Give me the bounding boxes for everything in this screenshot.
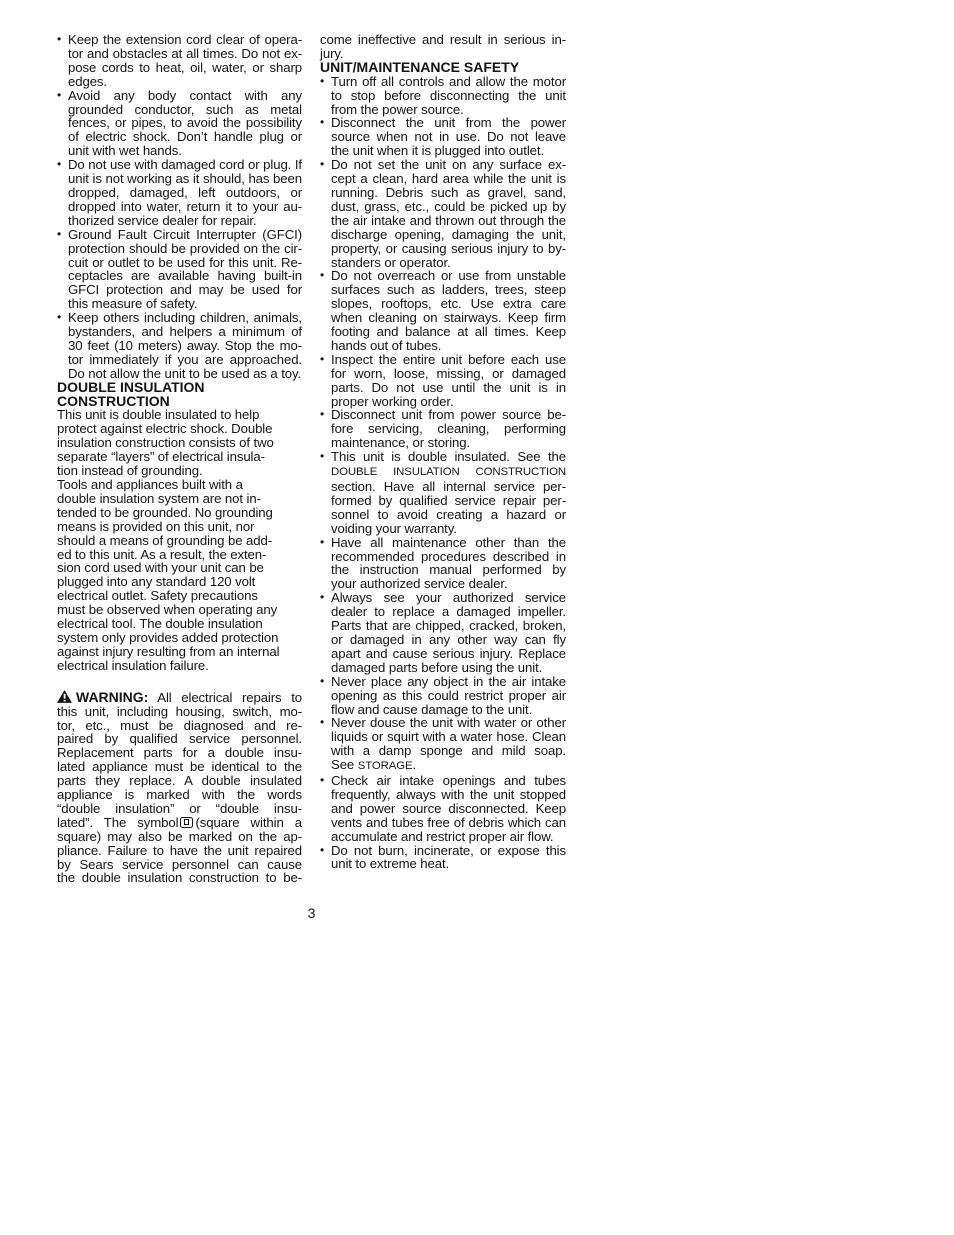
para-block: Tools and appliances built with adouble …: [57, 478, 302, 673]
text-line: Do not set the unit on any surface ex-: [331, 158, 566, 172]
text-line: the double insulation construction to be…: [57, 871, 302, 885]
text-line: by Sears service personnel can cause: [57, 858, 302, 872]
text-line: double insulation system are not in-: [57, 492, 302, 506]
text-line: surfaces such as ladders, trees, steep: [331, 283, 566, 297]
text-line: cuit or outlet to be used for this unit.…: [68, 256, 302, 270]
bullet-block: •Always see your authorized servicedeale…: [320, 591, 566, 674]
bullet-block: •Have all maintenance other than thereco…: [320, 536, 566, 592]
text-line: come ineffective and result in serious i…: [320, 33, 566, 47]
bullet-marker: •: [320, 158, 331, 269]
text-line: ed to this unit. As a result, the exten-: [57, 548, 302, 562]
text-line: recommended procedures described in: [331, 550, 566, 564]
text-line: pose cords to heat, oil, water, or sharp: [68, 61, 302, 75]
text-line: square) may also be marked on the ap-: [57, 830, 302, 844]
bullet-block: •Avoid any body contact with anygrounded…: [57, 89, 302, 159]
text-line: voiding your warranty.: [331, 522, 566, 536]
text-line: must be observed when operating any: [57, 603, 302, 617]
bullet-marker: •: [320, 536, 331, 592]
warning-block: WARNING: All electrical repairs tothis u…: [57, 690, 302, 886]
bullet-block: •Do not burn, incinerate, or expose this…: [320, 844, 566, 872]
page-number: 3: [57, 905, 566, 921]
text-line: This unit is double insulated. See the: [331, 450, 566, 464]
text-line: for worn, loose, missing, or damaged: [331, 367, 566, 381]
text-line: maintenance, or storing.: [331, 436, 566, 450]
bullet-block: •Never place any object in the air intak…: [320, 675, 566, 717]
bullet-block: •Disconnect unit from power source be-fo…: [320, 408, 566, 450]
text-line: See STORAGE.: [331, 758, 566, 774]
bullet-block: •Ground Fault Circuit Interrupter (GFCI)…: [57, 228, 302, 311]
bullet-marker: •: [57, 89, 68, 159]
text-line: accumulate and restrict proper air flow.: [331, 830, 566, 844]
text-line: opening as this could restrict proper ai…: [331, 689, 566, 703]
bullet-marker: •: [320, 675, 331, 717]
bullet-marker: •: [320, 75, 331, 117]
bullet-block: •Disconnect the unit from the powersourc…: [320, 116, 566, 158]
bullet-block: •Turn off all controls and allow the mot…: [320, 75, 566, 117]
text-line: Parts that are chipped, cracked, broken,: [331, 619, 566, 633]
text-line: footing and balance at all times. Keep: [331, 325, 566, 339]
text-line: pliance. Failure to have the unit repair…: [57, 844, 302, 858]
bullet-marker: •: [320, 774, 331, 844]
text-line: DOUBLE INSULATION CONSTRUCTION: [331, 464, 566, 480]
text-line: slopes, rooftops, etc. Use extra care: [331, 297, 566, 311]
para-block: come ineffective and result in serious i…: [320, 33, 566, 61]
text-line: when cleaning on stairways. Keep firm: [331, 311, 566, 325]
bullet-marker: •: [320, 353, 331, 409]
bullet-marker: •: [320, 450, 331, 535]
text-line: Have all maintenance other than the: [331, 536, 566, 550]
bullet-block: •Do not overreach or use from unstablesu…: [320, 269, 566, 352]
text-line: GFCI protection and may be used for: [68, 283, 302, 297]
bullet-block: •Do not use with damaged cord or plug. I…: [57, 158, 302, 228]
bullet-marker: •: [320, 844, 331, 872]
text-line: Disconnect the unit from the power: [331, 116, 566, 130]
bullet-marker: •: [57, 33, 68, 89]
text-line: frequently, always with the unit stopped: [331, 788, 566, 802]
text-line: the air intake and thrown out through th…: [331, 214, 566, 228]
text-line: discharge opening, damaging the unit,: [331, 228, 566, 242]
bullet-marker: •: [57, 228, 68, 311]
bullet-block: •Do not set the unit on any surface ex-c…: [320, 158, 566, 269]
bullet-block: •Keep others including children, animals…: [57, 311, 302, 381]
text-line: Always see your authorized service: [331, 591, 566, 605]
text-line: Turn off all controls and allow the moto…: [331, 75, 566, 89]
text-line: Keep the extension cord clear of opera-: [68, 33, 302, 47]
text-line: dropped into water, return it to your au…: [68, 200, 302, 214]
bullet-marker: •: [320, 716, 331, 774]
text-line: sion cord used with your unit can be: [57, 561, 302, 575]
text-line: Never douse the unit with water or other: [331, 716, 566, 730]
column-left: •Keep the extension cord clear of opera-…: [57, 33, 302, 885]
bullet-block: •Keep the extension cord clear of opera-…: [57, 33, 302, 89]
manual-page: •Keep the extension cord clear of opera-…: [0, 0, 954, 1235]
bullet-block: •This unit is double insulated. See theD…: [320, 450, 566, 535]
text-line: Disconnect unit from power source be-: [331, 408, 566, 422]
text-line: thorized service dealer for repair.: [68, 214, 302, 228]
text-line: unit with wet hands.: [68, 144, 302, 158]
text-line: parts. Do not use until the unit is in: [331, 381, 566, 395]
text-line: liquids or squirt with a water hose. Cle…: [331, 730, 566, 744]
text-line: dropped, damaged, left outdoors, or: [68, 186, 302, 200]
text-line: appliance is marked with the words: [57, 788, 302, 802]
warning-triangle-icon: [57, 690, 72, 705]
text-line: or damaged in any other way can fly: [331, 633, 566, 647]
bullet-marker: •: [320, 408, 331, 450]
text-line: Avoid any body contact with any: [68, 89, 302, 103]
column-right: come ineffective and result in serious i…: [320, 33, 566, 871]
text-line: running. Debris such as gravel, sand,: [331, 186, 566, 200]
text-line: electrical insulation failure.: [57, 659, 302, 673]
text-line: sonnel to avoid creating a hazard or: [331, 508, 566, 522]
double-insulation-square-icon: [180, 817, 193, 828]
text-line: Do not burn, incinerate, or expose this: [331, 844, 566, 858]
text-line: fore servicing, cleaning, performing: [331, 422, 566, 436]
text-line: apart and cause serious injury. Replace: [331, 647, 566, 661]
text-line: paired by qualified service personnel.: [57, 732, 302, 746]
text-line: against injury resulting from an interna…: [57, 645, 302, 659]
text-line: fences, or pipes, to avoid the possibili…: [68, 116, 302, 130]
text-line: means is provided on this unit, nor: [57, 520, 302, 534]
text-line: Replacement parts for a double insu-: [57, 746, 302, 760]
text-line: and power source disconnected. Keep: [331, 802, 566, 816]
bullet-marker: •: [320, 116, 331, 158]
text-line: hands out of tubes.: [331, 339, 566, 353]
text-line: lated”. The symbol(square within a: [57, 816, 302, 830]
text-line: “double insulation” or “double insu-: [57, 802, 302, 816]
text-line: protect against electric shock. Double: [57, 422, 302, 436]
text-line: WARNING: All electrical repairs to: [57, 690, 302, 705]
text-line: this unit, including housing, switch, mo…: [57, 705, 302, 719]
text-line: insulation construction consists of two: [57, 436, 302, 450]
text-line: Never place any object in the air intake: [331, 675, 566, 689]
text-line: Do not use with damaged cord or plug. If: [68, 158, 302, 172]
text-line: electrical outlet. Safety precautions: [57, 589, 302, 603]
text-line: of electric shock. Don’t handle plug or: [68, 130, 302, 144]
text-line: dealer to replace a damaged impeller.: [331, 605, 566, 619]
text-line: vents and tubes free of debris which can: [331, 816, 566, 830]
bullet-block: •Inspect the entire unit before each use…: [320, 353, 566, 409]
text-line: tion instead of grounding.: [57, 464, 302, 478]
text-line: 30 feet (10 meters) away. Stop the mo-: [68, 339, 302, 353]
text-line: parts they replace. A double insulated: [57, 774, 302, 788]
text-line: Ground Fault Circuit Interrupter (GFCI): [68, 228, 302, 242]
bullet-marker: •: [320, 591, 331, 674]
text-line: proper working order.: [331, 395, 566, 409]
text-line: standers or operator.: [331, 256, 566, 270]
bullet-marker: •: [320, 269, 331, 352]
text-line: flow and cause damage to the unit.: [331, 703, 566, 717]
text-line: electrical tool. The double insulation: [57, 617, 302, 631]
text-line: your authorized service dealer.: [331, 577, 566, 591]
text-line: Inspect the entire unit before each use: [331, 353, 566, 367]
text-line: unit to extreme heat.: [331, 857, 566, 871]
text-line: this measure of safety.: [68, 297, 302, 311]
text-line: tended to be grounded. No grounding: [57, 506, 302, 520]
text-line: grounded conductor, such as metal: [68, 103, 302, 117]
text-line: lated appliance must be identical to the: [57, 760, 302, 774]
text-line: to stop before disconnecting the unit: [331, 89, 566, 103]
text-line: Keep others including children, animals,: [68, 311, 302, 325]
text-line: should a means of grounding be add-: [57, 534, 302, 548]
text-line: Tools and appliances built with a: [57, 478, 302, 492]
text-line: tor immediately if you are approached.: [68, 353, 302, 367]
text-line: system only provides added protection: [57, 631, 302, 645]
text-line: dust, grass, etc., could be picked up by: [331, 200, 566, 214]
text-line: section. Have all internal service per-: [331, 480, 566, 494]
text-line: tor, etc., must be diagnosed and re-: [57, 719, 302, 733]
text-line: Check air intake openings and tubes: [331, 774, 566, 788]
para-block: This unit is double insulated to helppro…: [57, 408, 302, 478]
text-line: This unit is double insulated to help: [57, 408, 302, 422]
text-line: Do not overreach or use from unstable: [331, 269, 566, 283]
text-line: ceptacles are available having built-in: [68, 269, 302, 283]
heading-line: CONSTRUCTION: [57, 395, 302, 409]
text-line: edges.: [68, 75, 302, 89]
text-line: source when not in use. Do not leave: [331, 130, 566, 144]
text-line: with a damp sponge and mild soap.: [331, 744, 566, 758]
text-line: formed by qualified service repair per-: [331, 494, 566, 508]
bullet-marker: •: [57, 311, 68, 381]
text-line: damaged parts before using the unit.: [331, 661, 566, 675]
text-line: bystanders, and helpers a minimum of: [68, 325, 302, 339]
text-line: unit is not working as it should, has be…: [68, 172, 302, 186]
text-line: cept a clean, hard area while the unit i…: [331, 172, 566, 186]
text-line: from the power source.: [331, 103, 566, 117]
text-line: separate “layers” of electrical insula-: [57, 450, 302, 464]
text-line: protection should be provided on the cir…: [68, 242, 302, 256]
bullet-block: •Check air intake openings and tubesfreq…: [320, 774, 566, 844]
heading-line: UNIT/MAINTENANCE SAFETY: [320, 61, 566, 75]
text-line: the instruction manual performed by: [331, 563, 566, 577]
text-line: tor and obstacles at all times. Do not e…: [68, 47, 302, 61]
text-line: the unit when it is plugged into outlet.: [331, 144, 566, 158]
text-line: property, or causing serious injury to b…: [331, 242, 566, 256]
text-line: plugged into any standard 120 volt: [57, 575, 302, 589]
bullet-block: •Never douse the unit with water or othe…: [320, 716, 566, 774]
heading-block: DOUBLE INSULATIONCONSTRUCTION: [57, 381, 302, 409]
heading-block: UNIT/MAINTENANCE SAFETY: [320, 61, 566, 75]
bullet-marker: •: [57, 158, 68, 228]
